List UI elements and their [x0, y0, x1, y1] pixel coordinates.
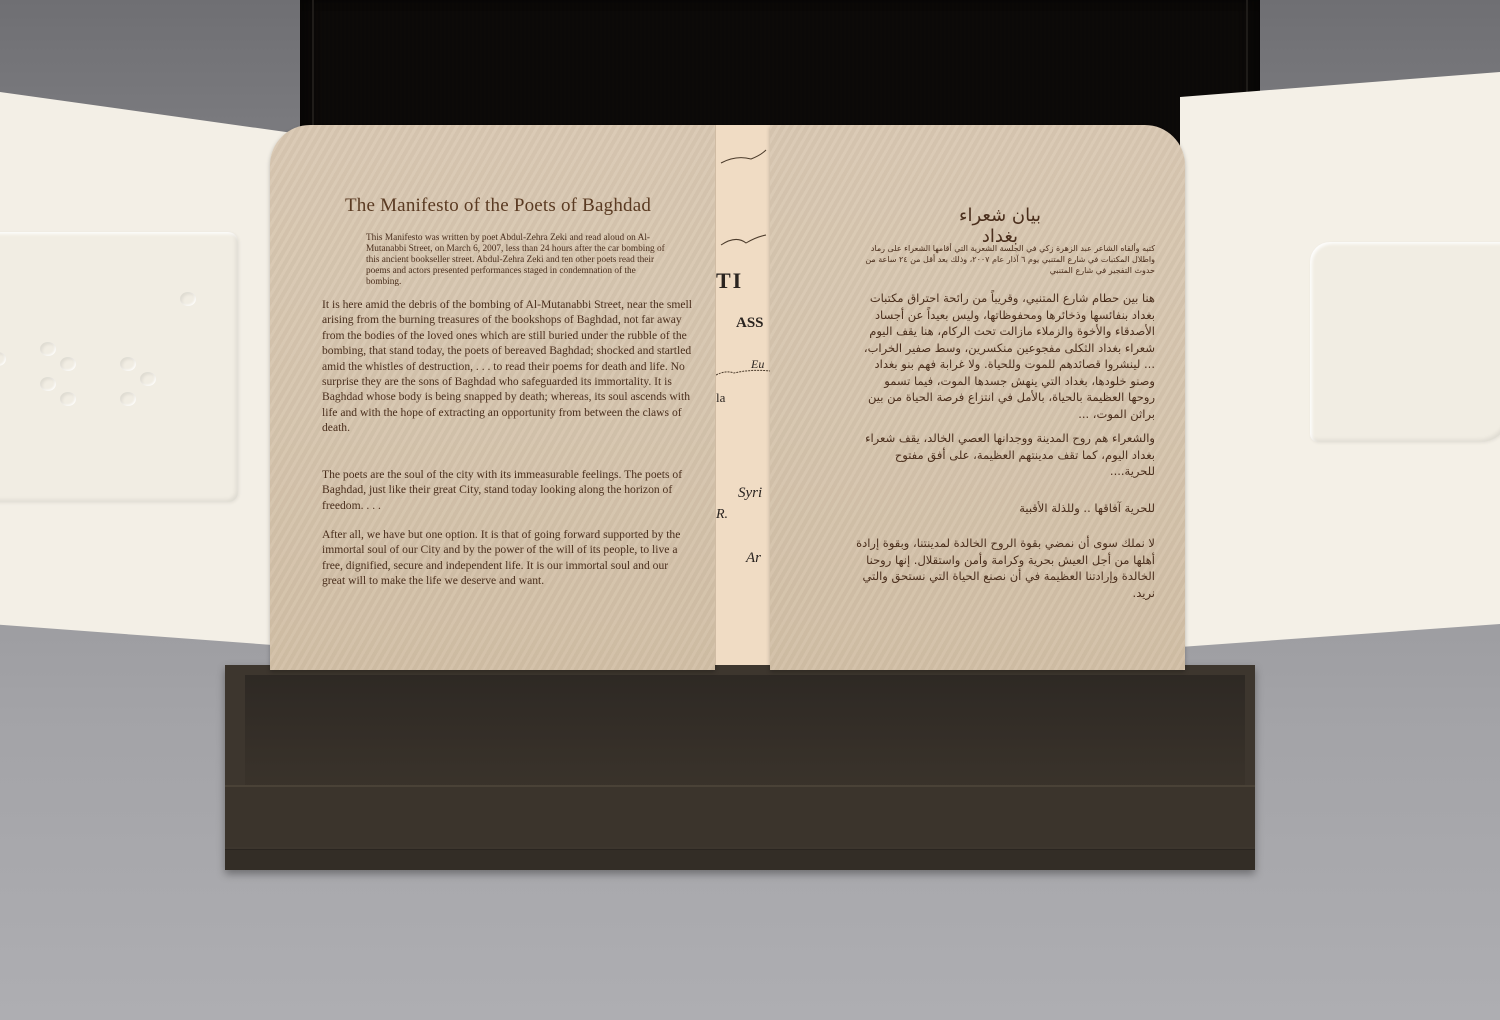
map-label: ASS	[736, 315, 764, 332]
manifesto-paragraph: After all, we have but one option. It is…	[322, 527, 692, 589]
tray-front-wall	[225, 785, 1255, 847]
emboss-mark	[120, 392, 136, 406]
right-embossed-wing	[1180, 72, 1500, 647]
map-label: Ar	[746, 550, 761, 567]
arabic-subtitle: كتبه وألقاه الشاعر عبد الزهرة زكي في الج…	[855, 243, 1155, 276]
emboss-mark	[60, 392, 76, 406]
arabic-paragraph: والشعراء هم روح المدينة ووجدانها العصي ا…	[855, 430, 1155, 480]
tray-base	[225, 849, 1255, 870]
manifesto-english-page: The Manifesto of the Poets of Baghdad Th…	[270, 125, 715, 670]
emboss-mark	[40, 342, 56, 356]
manifesto-paragraph: The poets are the soul of the city with …	[322, 467, 692, 513]
artist-book-scene: The Manifesto of the Poets of Baghdad Th…	[0, 0, 1500, 1020]
manifesto-arabic-page: بيان شعراء بغداد كتبه وألقاه الشاعر عبد …	[770, 125, 1185, 670]
map-label: Eu	[751, 357, 764, 372]
clamshell-box-tray	[225, 665, 1255, 870]
emboss-mark	[120, 357, 136, 371]
manifesto-paragraph: It is here amid the debris of the bombin…	[322, 297, 692, 436]
arabic-title: بيان شعراء بغداد	[940, 205, 1060, 247]
tray-floor	[245, 675, 1245, 790]
embossed-cuneiform-tablet	[0, 232, 238, 502]
emboss-mark	[140, 372, 156, 386]
emboss-mark	[60, 357, 76, 371]
manifesto-intro: This Manifesto was written by poet Abdul…	[366, 233, 666, 288]
emboss-mark	[0, 352, 6, 366]
arabic-paragraph: هنا بين حطام شارع المتنبي، وقريباً من را…	[855, 290, 1155, 422]
emboss-mark	[40, 377, 56, 391]
emboss-mark	[180, 292, 196, 306]
map-label: R.	[716, 507, 728, 523]
left-embossed-wing	[0, 92, 300, 647]
embossed-map-relief	[1310, 242, 1500, 442]
map-label: TI	[716, 268, 743, 294]
arabic-paragraph: لا نملك سوى أن نمضي بقوة الروح الخالدة ل…	[855, 535, 1155, 601]
manifesto-title: The Manifesto of the Poets of Baghdad	[345, 195, 685, 217]
arabic-paragraph: للحرية آفاقها .. وللذلة الأقبية	[855, 500, 1155, 517]
map-label: Syri	[738, 485, 762, 502]
map-label: la	[716, 390, 725, 406]
